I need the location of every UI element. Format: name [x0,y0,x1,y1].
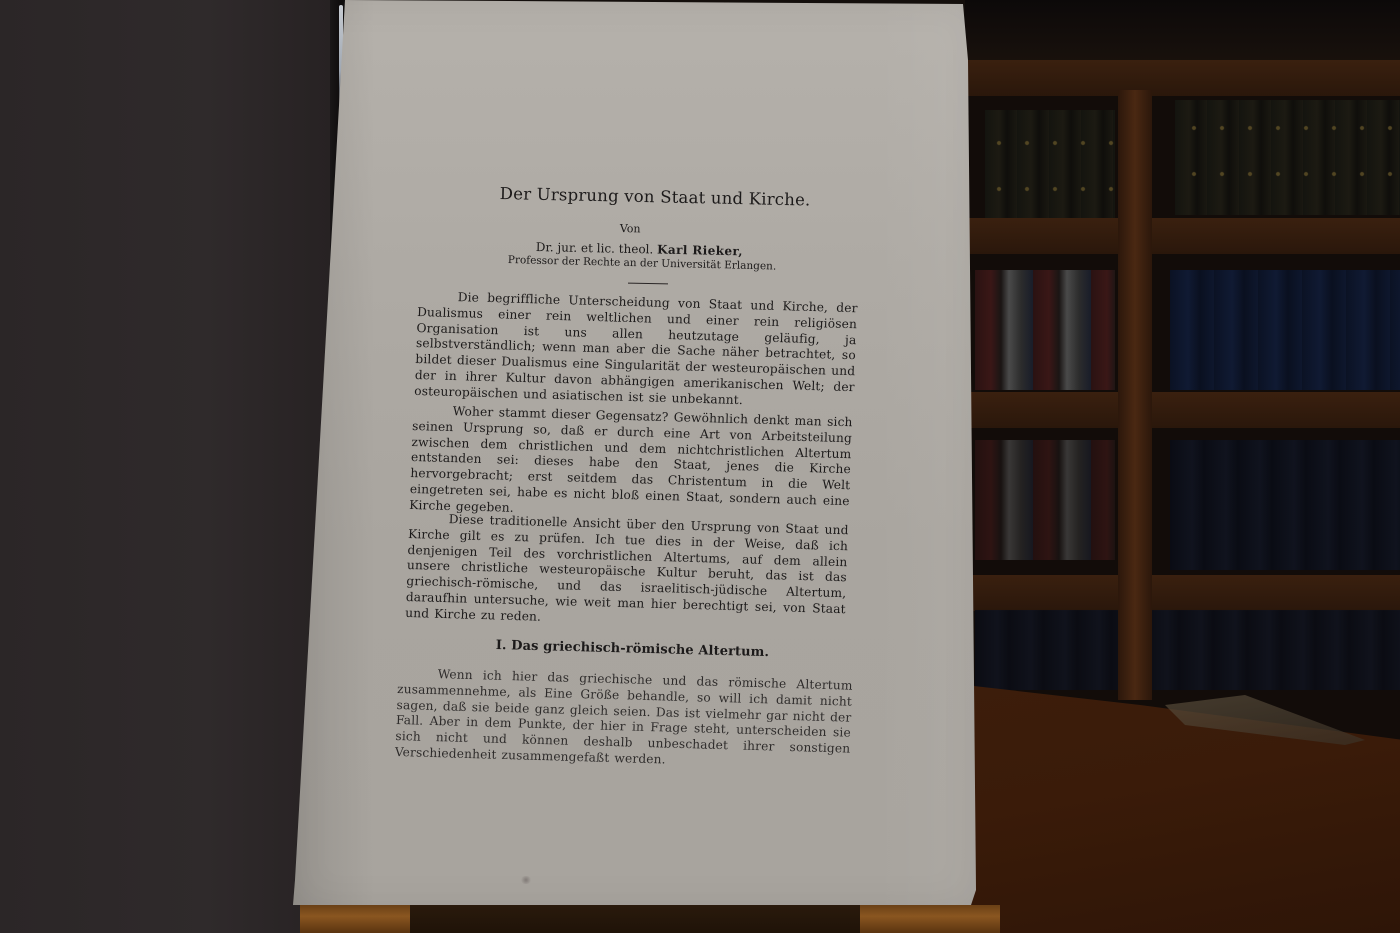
paragraph-1: Die begriffliche Unterscheidung von Staa… [414,289,858,412]
paper-stain [520,876,532,884]
book-spine-gilding [1180,105,1400,195]
paragraph-text: Wenn ich hier das griechische und das rö… [395,666,853,773]
book-spine-gilding [985,120,1115,200]
author-name: Karl Rieker, [657,243,743,259]
section-paragraph-1: Wenn ich hier das griechische und das rö… [395,666,853,773]
author-prefix: Dr. jur. et lic. theol. [536,240,654,256]
books-row [975,610,1400,690]
paragraph-text: Diese traditionelle Ansicht über den Urs… [405,511,849,634]
shelf-board [965,392,1400,428]
shelf-post [1118,90,1152,700]
paragraph-2: Woher stammt dieser Gegensatz? Gewöhnlic… [409,403,853,526]
paragraph-3: Diese traditionelle Ansicht über den Urs… [405,511,849,634]
books-row [975,270,1115,390]
paragraph-text: Die begriffliche Unterscheidung von Staa… [414,289,858,412]
shelf-board [965,575,1400,611]
left-book-cover [0,0,345,933]
book-stand-shadow [410,905,860,933]
photo-scene: Der Ursprung von Staat und Kirche. Von D… [0,0,1400,933]
byline-von: Von [620,222,641,235]
books-row [1170,440,1400,570]
shelf-board [965,60,1400,96]
shelf-board [965,218,1400,254]
books-row [1170,270,1400,390]
books-row [975,440,1115,560]
paragraph-text: Woher stammt dieser Gegensatz? Gewöhnlic… [409,403,853,526]
